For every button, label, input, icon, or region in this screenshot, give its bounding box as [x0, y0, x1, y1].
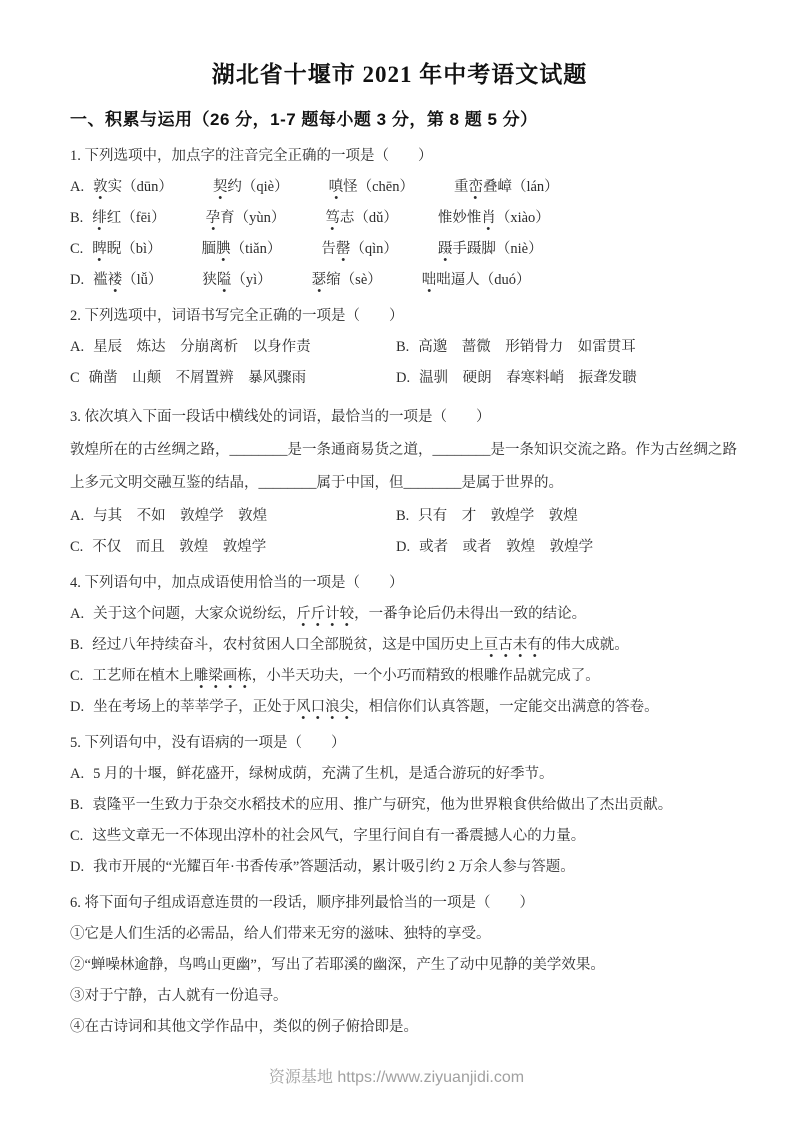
q4-option-row-a: A.关于这个问题，大家众说纷纭，斤斤计较，一番争论后仍未得出一致的结论。	[70, 604, 729, 625]
option-text-post: 的伟大成就。	[542, 637, 629, 653]
option-text: 袁隆平一生致力于杂交水稻技术的应用、推广与研究，他为世界粮食供给做出了杰出贡献。	[92, 797, 672, 813]
option-label: B.	[70, 208, 83, 229]
option-label: D.	[70, 857, 84, 878]
option-cell: A.星辰 炼达 分崩离析 以身作责	[70, 339, 311, 355]
word-rest: 手蹑脚（niè）	[452, 241, 542, 257]
option-label: D.	[396, 368, 410, 389]
option-text-pre: 坐在考场上的莘莘学子，正处于	[93, 699, 296, 715]
q1-option-row-c: C.睥睨（bì）腼腆（tiǎn）告罄（qìn）蹑手蹑脚（niè）	[70, 239, 729, 260]
option-cell: C.不仅 而且 敦煌 敦煌学	[70, 539, 266, 555]
option-text: 只有 才 敦煌学 敦煌	[418, 508, 578, 524]
q6-stem: 6. 将下面句子组成语意连贯的一段话，顺序排列最恰当的一项是（ ）	[70, 893, 729, 914]
dotted-char: 罄	[336, 241, 351, 262]
dotted-char: 瑟	[312, 272, 327, 293]
dotted-char: 肖	[481, 210, 496, 231]
word-rest: 怪（chēn）	[343, 179, 414, 195]
option-text: 或者 或者 敦煌 敦煌学	[419, 539, 593, 555]
word-rest: （yì）	[231, 272, 271, 288]
option-label: A.	[70, 764, 84, 785]
dotted-char: 峦	[468, 179, 483, 200]
word-rest: 咄逼人（duó）	[436, 272, 530, 288]
dotted-char: 绯	[92, 210, 107, 231]
word-pre: 褴	[93, 272, 108, 288]
phonetic-word: 睥睨（bì）	[92, 241, 161, 257]
word-pre: 腼	[202, 241, 217, 257]
option-label: B.	[396, 506, 409, 527]
dotted-idiom: 雕梁画栋	[194, 668, 252, 689]
dotted-idiom: 亘古未有	[484, 637, 542, 658]
q3-passage-line-2: 上多元文明交融互鉴的结晶，________属于中国，但________是属于世界…	[70, 473, 729, 494]
option-label: A.	[70, 177, 84, 198]
phonetic-word: 瑟缩（sè）	[312, 272, 382, 288]
phonetic-word: 腼腆（tiǎn）	[202, 241, 282, 257]
option-text: 与其 不如 敦煌学 敦煌	[93, 508, 267, 524]
watermark-footer: 资源基地 https://www.ziyuanjidi.com	[0, 1064, 793, 1087]
phonetic-word: 敦实（dūn）	[93, 179, 173, 195]
exam-document-page: 湖北省十堰市 2021 年中考语文试题 一、积累与运用（26 分，1-7 题每小…	[0, 0, 793, 1122]
option-label: D.	[396, 537, 410, 558]
option-cell: D.温驯 硬朗 春寒料峭 振聋发聩	[396, 368, 637, 389]
q5-option-row-b: B.袁隆平一生致力于杂交水稻技术的应用、推广与研究，他为世界粮食供给做出了杰出贡…	[70, 795, 729, 816]
dotted-char: 敦	[93, 179, 108, 200]
word-rest: 睨（bì）	[107, 241, 162, 257]
option-label: C.	[70, 826, 83, 847]
option-text: 高邈 蔷微 形销骨力 如雷贯耳	[418, 339, 636, 355]
q3-stem: 3. 依次填入下面一段话中横线处的词语，最恰当的一项是（ ）	[70, 407, 729, 428]
phonetic-word: 笃志（dǔ）	[325, 210, 398, 226]
q5-option-row-a: A.5 月的十堰，鲜花盛开，绿树成荫，充满了生机，是适合游玩的好季节。	[70, 764, 729, 785]
phonetic-word: 绯红（fēi）	[92, 210, 165, 226]
word-rest: 育（yùn）	[220, 210, 285, 226]
q1-option-row-d: D.褴褛（lǚ）狭隘（yì）瑟缩（sè）咄咄逼人（duó）	[70, 270, 729, 291]
q5-option-row-d: D.我市开展的“光耀百年·书香传承”答题活动，累计吸引约 2 万余人参与答题。	[70, 857, 729, 878]
option-text-post: ，相信你们认真答题，一定能交出满意的答卷。	[354, 699, 659, 715]
option-text: 确凿 山颠 不屑置辨 暴风骤雨	[89, 370, 307, 386]
q1-option-row-a: A.敦实（dūn）契约（qiè）嗔怪（chēn）重峦叠嶂（lán）	[70, 177, 729, 198]
phonetic-word: 重峦叠嶂（lán）	[454, 179, 559, 200]
phonetic-word: 告罄（qìn）	[321, 241, 398, 257]
dotted-char: 蹑	[438, 241, 453, 262]
option-text: 星辰 炼达 分崩离析 以身作责	[93, 339, 311, 355]
word-rest: 志（dǔ）	[340, 210, 398, 226]
page-title: 湖北省十堰市 2021 年中考语文试题	[70, 60, 729, 90]
word-rest: （xiào）	[496, 210, 550, 226]
word-rest: 约（qiè）	[227, 179, 288, 195]
q3-options-row-1: A.与其 不如 敦煌学 敦煌 B.只有 才 敦煌学 敦煌	[70, 506, 729, 527]
word-rest: 红（fēi）	[107, 210, 166, 226]
phonetic-word: 蹑手蹑脚（niè）	[438, 241, 543, 262]
option-label: A.	[70, 604, 84, 625]
phonetic-word: 惟妙惟肖（xiào）	[438, 210, 550, 231]
q6-sentence-3: ③对于宁静，古人就有一份追寻。	[70, 986, 729, 1007]
option-text-post: ，一番争论后仍未得出一致的结论。	[354, 606, 586, 622]
phonetic-word: 狭隘（yì）	[202, 272, 271, 288]
q2-stem: 2. 下列选项中，词语书写完全正确的一项是（ ）	[70, 306, 729, 327]
option-cell: B.高邈 蔷微 形销骨力 如雷贯耳	[396, 337, 636, 358]
option-label: D.	[70, 270, 84, 291]
word-pre: 重	[454, 179, 469, 195]
dotted-idiom: 风口浪尖	[296, 699, 354, 720]
section-heading: 一、积累与运用（26 分，1-7 题每小题 3 分，第 8 题 5 分）	[70, 108, 729, 131]
q4-option-row-d: D.坐在考场上的莘莘学子，正处于风口浪尖，相信你们认真答题，一定能交出满意的答卷…	[70, 697, 729, 718]
phonetic-word: 嗔怪（chēn）	[329, 179, 414, 195]
word-rest: （lǚ）	[122, 272, 162, 288]
phonetic-word: 孕育（yùn）	[206, 210, 286, 226]
option-text: 这些文章无一不体现出淳朴的社会风气，字里行间自有一番震撼人心的力量。	[92, 828, 585, 844]
dotted-idiom: 斤斤计较	[296, 606, 354, 627]
q2-options-row-1: A.星辰 炼达 分崩离析 以身作责 B.高邈 蔷微 形销骨力 如雷贯耳	[70, 337, 729, 358]
option-label: C.	[70, 239, 83, 260]
option-text-pre: 工艺师在植木上	[92, 668, 194, 684]
word-rest: （qìn）	[350, 241, 398, 257]
dotted-char: 咄	[422, 272, 437, 293]
option-text: 我市开展的“光耀百年·书香传承”答题活动，累计吸引约 2 万余人参与答题。	[93, 859, 575, 875]
dotted-char: 嗔	[329, 179, 344, 200]
dotted-char: 孕	[206, 210, 221, 231]
q4-option-row-b: B.经过八年持续奋斗，农村贫困人口全部脱贫，这是中国历史上亘古未有的伟大成就。	[70, 635, 729, 656]
q4-option-row-c: C.工艺师在植木上雕梁画栋，小半天功夫，一个小巧而精致的根雕作品就完成了。	[70, 666, 729, 687]
dotted-char: 腆	[216, 241, 231, 262]
option-cell: B.只有 才 敦煌学 敦煌	[396, 506, 578, 527]
q4-stem: 4. 下列语句中，加点成语使用恰当的一项是（ ）	[70, 573, 729, 594]
q5-option-row-c: C.这些文章无一不体现出淳朴的社会风气，字里行间自有一番震撼人心的力量。	[70, 826, 729, 847]
phonetic-word: 褴褛（lǚ）	[93, 272, 162, 288]
word-rest: 缩（sè）	[326, 272, 382, 288]
option-label: A.	[70, 506, 84, 527]
word-rest: 实（dūn）	[108, 179, 173, 195]
option-cell: A.与其 不如 敦煌学 敦煌	[70, 508, 267, 524]
phonetic-word: 契约（qiè）	[213, 179, 289, 195]
q2-options-row-2: C确凿 山颠 不屑置辨 暴风骤雨 D.温驯 硬朗 春寒料峭 振聋发聩	[70, 368, 729, 389]
word-rest: （tiǎn）	[231, 241, 282, 257]
q1-option-row-b: B.绯红（fēi）孕育（yùn）笃志（dǔ）惟妙惟肖（xiào）	[70, 208, 729, 229]
q3-passage-line-1: 敦煌所在的古丝绸之路，________是一条通商易货之道，________是一条…	[70, 440, 729, 461]
word-pre: 狭	[202, 272, 217, 288]
dotted-char: 笃	[325, 210, 340, 231]
word-pre: 惟妙惟	[438, 210, 482, 226]
dotted-char: 睥	[92, 241, 107, 262]
q6-sentence-2: ②“蝉噪林逾静，鸟鸣山更幽”，写出了若耶溪的幽深，产生了动中见静的美学效果。	[70, 955, 729, 976]
q5-stem: 5. 下列语句中，没有语病的一项是（ ）	[70, 733, 729, 754]
option-label: C.	[70, 666, 83, 687]
q6-sentence-4: ④在古诗词和其他文学作品中，类似的例子俯拾即是。	[70, 1017, 729, 1038]
q6-sentence-1: ①它是人们生活的必需品，给人们带来无穷的滋味、独特的享受。	[70, 924, 729, 945]
option-text: 5 月的十堰，鲜花盛开，绿树成荫，充满了生机，是适合游玩的好季节。	[93, 766, 553, 782]
option-label: A.	[70, 337, 84, 358]
option-label: C	[70, 368, 80, 389]
option-label: C.	[70, 537, 83, 558]
dotted-char: 契	[213, 179, 228, 200]
word-rest: 叠嶂（lán）	[483, 179, 559, 195]
option-label: B.	[70, 635, 83, 656]
option-label: B.	[396, 337, 409, 358]
option-text-pre: 经过八年持续奋斗，农村贫困人口全部脱贫，这是中国历史上	[92, 637, 484, 653]
option-label: D.	[70, 697, 84, 718]
option-text-pre: 关于这个问题，大家众说纷纭，	[93, 606, 296, 622]
option-text: 温驯 硬朗 春寒料峭 振聋发聩	[419, 370, 637, 386]
q3-options-row-2: C.不仅 而且 敦煌 敦煌学 D.或者 或者 敦煌 敦煌学	[70, 537, 729, 558]
option-label: B.	[70, 795, 83, 816]
word-pre: 告	[321, 241, 336, 257]
q1-stem: 1. 下列选项中，加点字的注音完全正确的一项是（ ）	[70, 146, 729, 167]
phonetic-word: 咄咄逼人（duó）	[422, 272, 531, 293]
option-cell: C确凿 山颠 不屑置辨 暴风骤雨	[70, 370, 306, 386]
option-cell: D.或者 或者 敦煌 敦煌学	[396, 537, 593, 558]
dotted-char: 隘	[217, 272, 232, 293]
option-text: 不仅 而且 敦煌 敦煌学	[92, 539, 266, 555]
dotted-char: 褛	[108, 272, 123, 293]
option-text-post: ，小半天功夫，一个小巧而精致的根雕作品就完成了。	[252, 668, 600, 684]
